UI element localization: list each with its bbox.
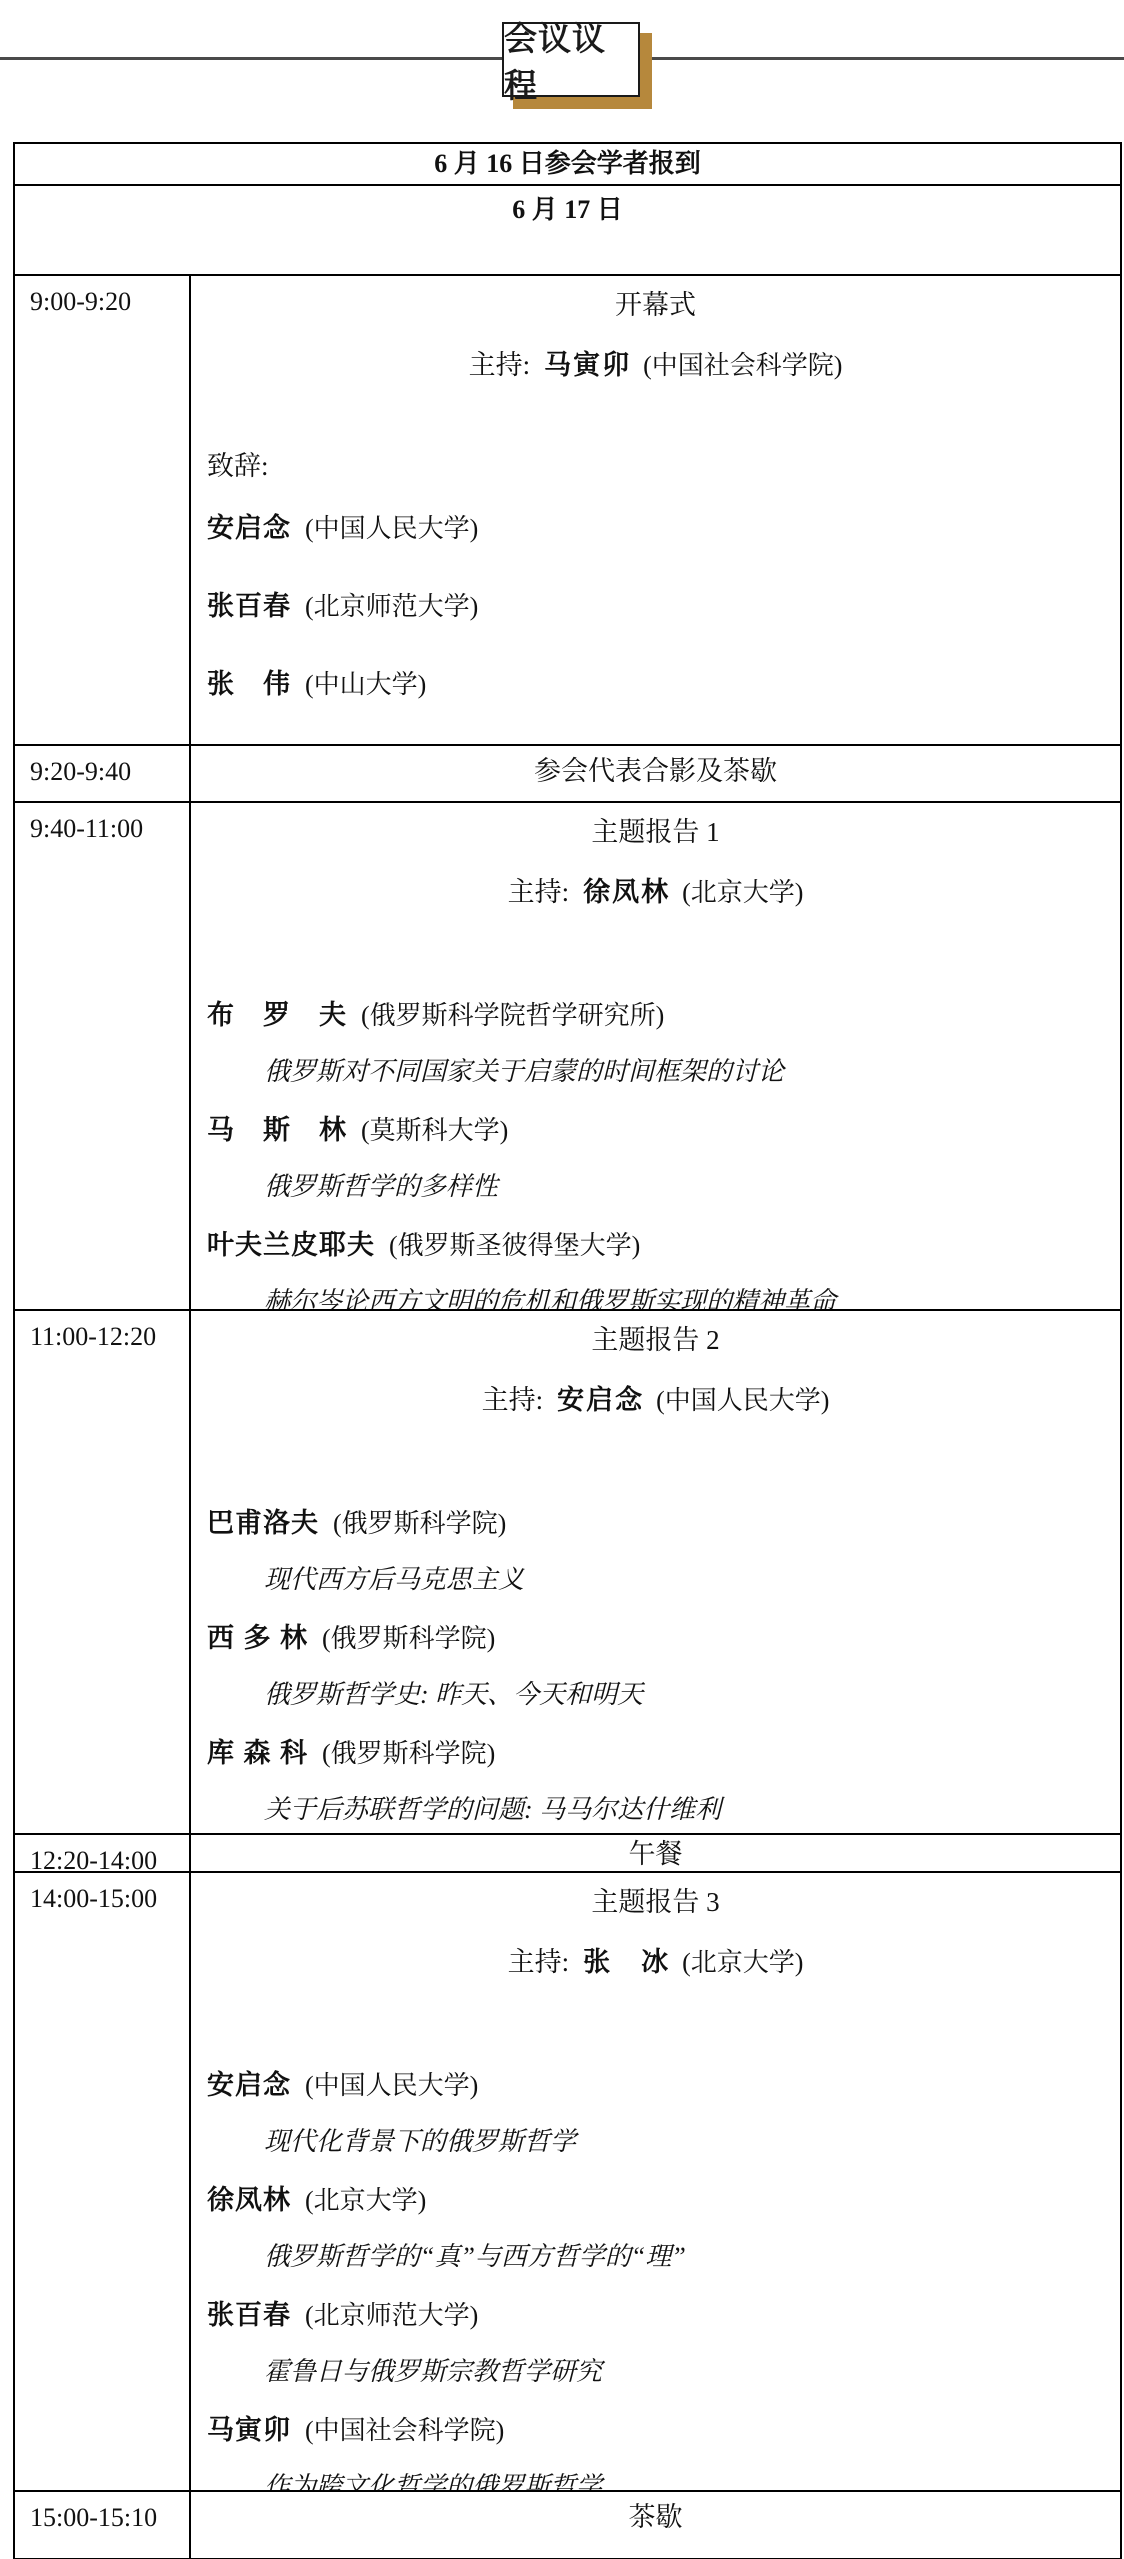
speaker-name: 西 多 林 bbox=[207, 1623, 308, 1653]
speaker-line: 徐凤林(北京大学) bbox=[191, 2183, 1120, 2218]
speaker-name: 安启念 bbox=[207, 513, 291, 543]
session-cell: 主题报告 1 主持:徐凤林(北京大学) 布 罗 夫(俄罗斯科学院哲学研究所) 俄… bbox=[191, 803, 1120, 1309]
speaker-line: 安启念(中国人民大学) bbox=[191, 511, 1120, 546]
agenda-table: 6 月 16 日参会学者报到 6 月 17 日 9:00-9:20 开幕式 主持… bbox=[13, 142, 1122, 2559]
speaker-affiliation: (俄罗斯科学院) bbox=[322, 1624, 495, 1653]
time-cell: 14:00-15:00 bbox=[15, 1873, 191, 2490]
speaker-line: 安启念(中国人民大学) bbox=[191, 2068, 1120, 2103]
session-cell: 参会代表合影及茶歇 bbox=[191, 746, 1120, 801]
speaker-affiliation: (中国人民大学) bbox=[305, 514, 478, 543]
speaker-affiliation: (北京师范大学) bbox=[305, 592, 478, 621]
host-name: 马寅卯 bbox=[544, 350, 631, 380]
speaker-affiliation: (俄罗斯科学院) bbox=[322, 1739, 495, 1768]
talk-title: 现代西方后马克思主义 bbox=[191, 1563, 1120, 1597]
host-affiliation: (中国人民大学) bbox=[656, 1386, 829, 1415]
time-cell: 11:00-12:20 bbox=[15, 1311, 191, 1833]
talk-title: 现代化背景下的俄罗斯哲学 bbox=[191, 2125, 1120, 2159]
host-label: 主持: bbox=[508, 1947, 570, 1977]
host-line: 主持:张 冰(北京大学) bbox=[191, 1945, 1120, 1980]
speaker-affiliation: (莫斯科大学) bbox=[361, 1116, 508, 1145]
speaker-name: 叶夫兰皮耶夫 bbox=[207, 1230, 375, 1260]
speaker-affiliation: (中国人民大学) bbox=[305, 2071, 478, 2100]
session-title: 午餐 bbox=[191, 1837, 1120, 1871]
session-title: 参会代表合影及茶歇 bbox=[191, 754, 1120, 788]
speaker-line: 马寅卯(中国社会科学院) bbox=[191, 2413, 1120, 2448]
date-header-jun17: 6 月 17 日 bbox=[15, 184, 1120, 274]
table-row: 15:00-15:10 茶歇 bbox=[15, 2490, 1120, 2558]
talk-title: 赫尔岑论西方文明的危机和俄罗斯实现的精神革命 bbox=[191, 1285, 1120, 1309]
host-label: 主持: bbox=[482, 1385, 544, 1415]
speaker-name: 张百春 bbox=[207, 591, 291, 621]
session-cell: 主题报告 2 主持:安启念(中国人民大学) 巴甫洛夫(俄罗斯科学院) 现代西方后… bbox=[191, 1311, 1120, 1833]
speaker-line: 西 多 林(俄罗斯科学院) bbox=[191, 1621, 1120, 1656]
host-affiliation: (中国社会科学院) bbox=[643, 351, 842, 380]
speaker-affiliation: (中山大学) bbox=[305, 670, 426, 699]
speaker-line: 张 伟(中山大学) bbox=[191, 667, 1120, 702]
talk-title: 俄罗斯哲学的多样性 bbox=[191, 1170, 1120, 1204]
speaker-name: 库 森 科 bbox=[207, 1738, 308, 1768]
session-title: 主题报告 1 bbox=[191, 803, 1120, 849]
table-row: 12:20-14:00 午餐 bbox=[15, 1833, 1120, 1871]
table-row: 9:20-9:40 参会代表合影及茶歇 bbox=[15, 744, 1120, 801]
host-line: 主持:徐凤林(北京大学) bbox=[191, 875, 1120, 910]
time-cell: 9:40-11:00 bbox=[15, 803, 191, 1309]
speaker-affiliation: (北京师范大学) bbox=[305, 2301, 478, 2330]
speaker-name: 马 斯 林 bbox=[207, 1115, 347, 1145]
table-row: 9:40-11:00 主题报告 1 主持:徐凤林(北京大学) 布 罗 夫(俄罗斯… bbox=[15, 801, 1120, 1309]
speaker-line: 张百春(北京师范大学) bbox=[191, 589, 1120, 624]
table-row: 11:00-12:20 主题报告 2 主持:安启念(中国人民大学) 巴甫洛夫(俄… bbox=[15, 1309, 1120, 1833]
time-cell: 9:00-9:20 bbox=[15, 276, 191, 744]
speaker-name: 张 伟 bbox=[207, 669, 291, 699]
speaker-name: 布 罗 夫 bbox=[207, 1000, 347, 1030]
speaker-line: 布 罗 夫(俄罗斯科学院哲学研究所) bbox=[191, 998, 1120, 1033]
talk-title: 关于后苏联哲学的问题: 马马尔达什维利 bbox=[191, 1793, 1120, 1827]
speaker-affiliation: (中国社会科学院) bbox=[305, 2416, 504, 2445]
host-line: 主持:安启念(中国人民大学) bbox=[191, 1383, 1120, 1418]
session-title: 主题报告 3 bbox=[191, 1873, 1120, 1919]
session-title: 主题报告 2 bbox=[191, 1311, 1120, 1357]
speaker-line: 库 森 科(俄罗斯科学院) bbox=[191, 1736, 1120, 1771]
speaker-line: 叶夫兰皮耶夫(俄罗斯圣彼得堡大学) bbox=[191, 1228, 1120, 1263]
time-cell: 9:20-9:40 bbox=[15, 746, 191, 801]
time-cell: 15:00-15:10 bbox=[15, 2492, 191, 2558]
speaker-affiliation: (俄罗斯科学院) bbox=[333, 1509, 506, 1538]
talk-title: 俄罗斯对不同国家关于启蒙的时间框架的讨论 bbox=[191, 1055, 1120, 1089]
session-cell: 午餐 bbox=[191, 1835, 1120, 1871]
talk-title: 霍鲁日与俄罗斯宗教哲学研究 bbox=[191, 2355, 1120, 2389]
host-name: 徐凤林 bbox=[583, 877, 670, 907]
page-title-badge: 会议议程 bbox=[502, 22, 640, 97]
talk-title: 俄罗斯哲学的“真”与西方哲学的“理” bbox=[191, 2240, 1120, 2274]
page-title: 会议议程 bbox=[504, 13, 638, 107]
agenda-page: 会议议程 6 月 16 日参会学者报到 6 月 17 日 9:00-9:20 开… bbox=[0, 0, 1124, 2559]
table-row: 9:00-9:20 开幕式 主持:马寅卯(中国社会科学院) 致辞: 安启念(中国… bbox=[15, 274, 1120, 744]
date-header-jun16: 6 月 16 日参会学者报到 bbox=[15, 144, 1120, 184]
speaker-affiliation: (北京大学) bbox=[305, 2186, 426, 2215]
session-cell: 主题报告 3 主持:张 冰(北京大学) 安启念(中国人民大学) 现代化背景下的俄… bbox=[191, 1873, 1120, 2490]
host-affiliation: (北京大学) bbox=[682, 878, 803, 907]
host-name: 安启念 bbox=[557, 1385, 644, 1415]
talk-title: 俄罗斯哲学史: 昨天、今天和明天 bbox=[191, 1678, 1120, 1712]
speaker-affiliation: (俄罗斯科学院哲学研究所) bbox=[361, 1001, 664, 1030]
speech-intro-label: 致辞: bbox=[191, 449, 1120, 483]
speaker-name: 徐凤林 bbox=[207, 2185, 291, 2215]
talk-title: 作为跨文化哲学的俄罗斯哲学 bbox=[191, 2470, 1120, 2490]
speaker-name: 张百春 bbox=[207, 2300, 291, 2330]
time-cell: 12:20-14:00 bbox=[15, 1835, 191, 1871]
session-cell: 茶歇 bbox=[191, 2492, 1120, 2558]
host-name: 张 冰 bbox=[583, 1947, 670, 1977]
session-title: 茶歇 bbox=[191, 2500, 1120, 2534]
speaker-name: 巴甫洛夫 bbox=[207, 1508, 319, 1538]
host-affiliation: (北京大学) bbox=[682, 1948, 803, 1977]
session-title: 开幕式 bbox=[191, 276, 1120, 322]
table-row: 14:00-15:00 主题报告 3 主持:张 冰(北京大学) 安启念(中国人民… bbox=[15, 1871, 1120, 2490]
host-line: 主持:马寅卯(中国社会科学院) bbox=[191, 348, 1120, 383]
host-label: 主持: bbox=[508, 877, 570, 907]
speaker-name: 马寅卯 bbox=[207, 2415, 291, 2445]
speaker-line: 巴甫洛夫(俄罗斯科学院) bbox=[191, 1506, 1120, 1541]
speaker-name: 安启念 bbox=[207, 2070, 291, 2100]
speaker-line: 马 斯 林(莫斯科大学) bbox=[191, 1113, 1120, 1148]
session-cell: 开幕式 主持:马寅卯(中国社会科学院) 致辞: 安启念(中国人民大学) 张百春(… bbox=[191, 276, 1120, 744]
host-label: 主持: bbox=[469, 350, 531, 380]
speaker-affiliation: (俄罗斯圣彼得堡大学) bbox=[389, 1231, 640, 1260]
speaker-line: 张百春(北京师范大学) bbox=[191, 2298, 1120, 2333]
